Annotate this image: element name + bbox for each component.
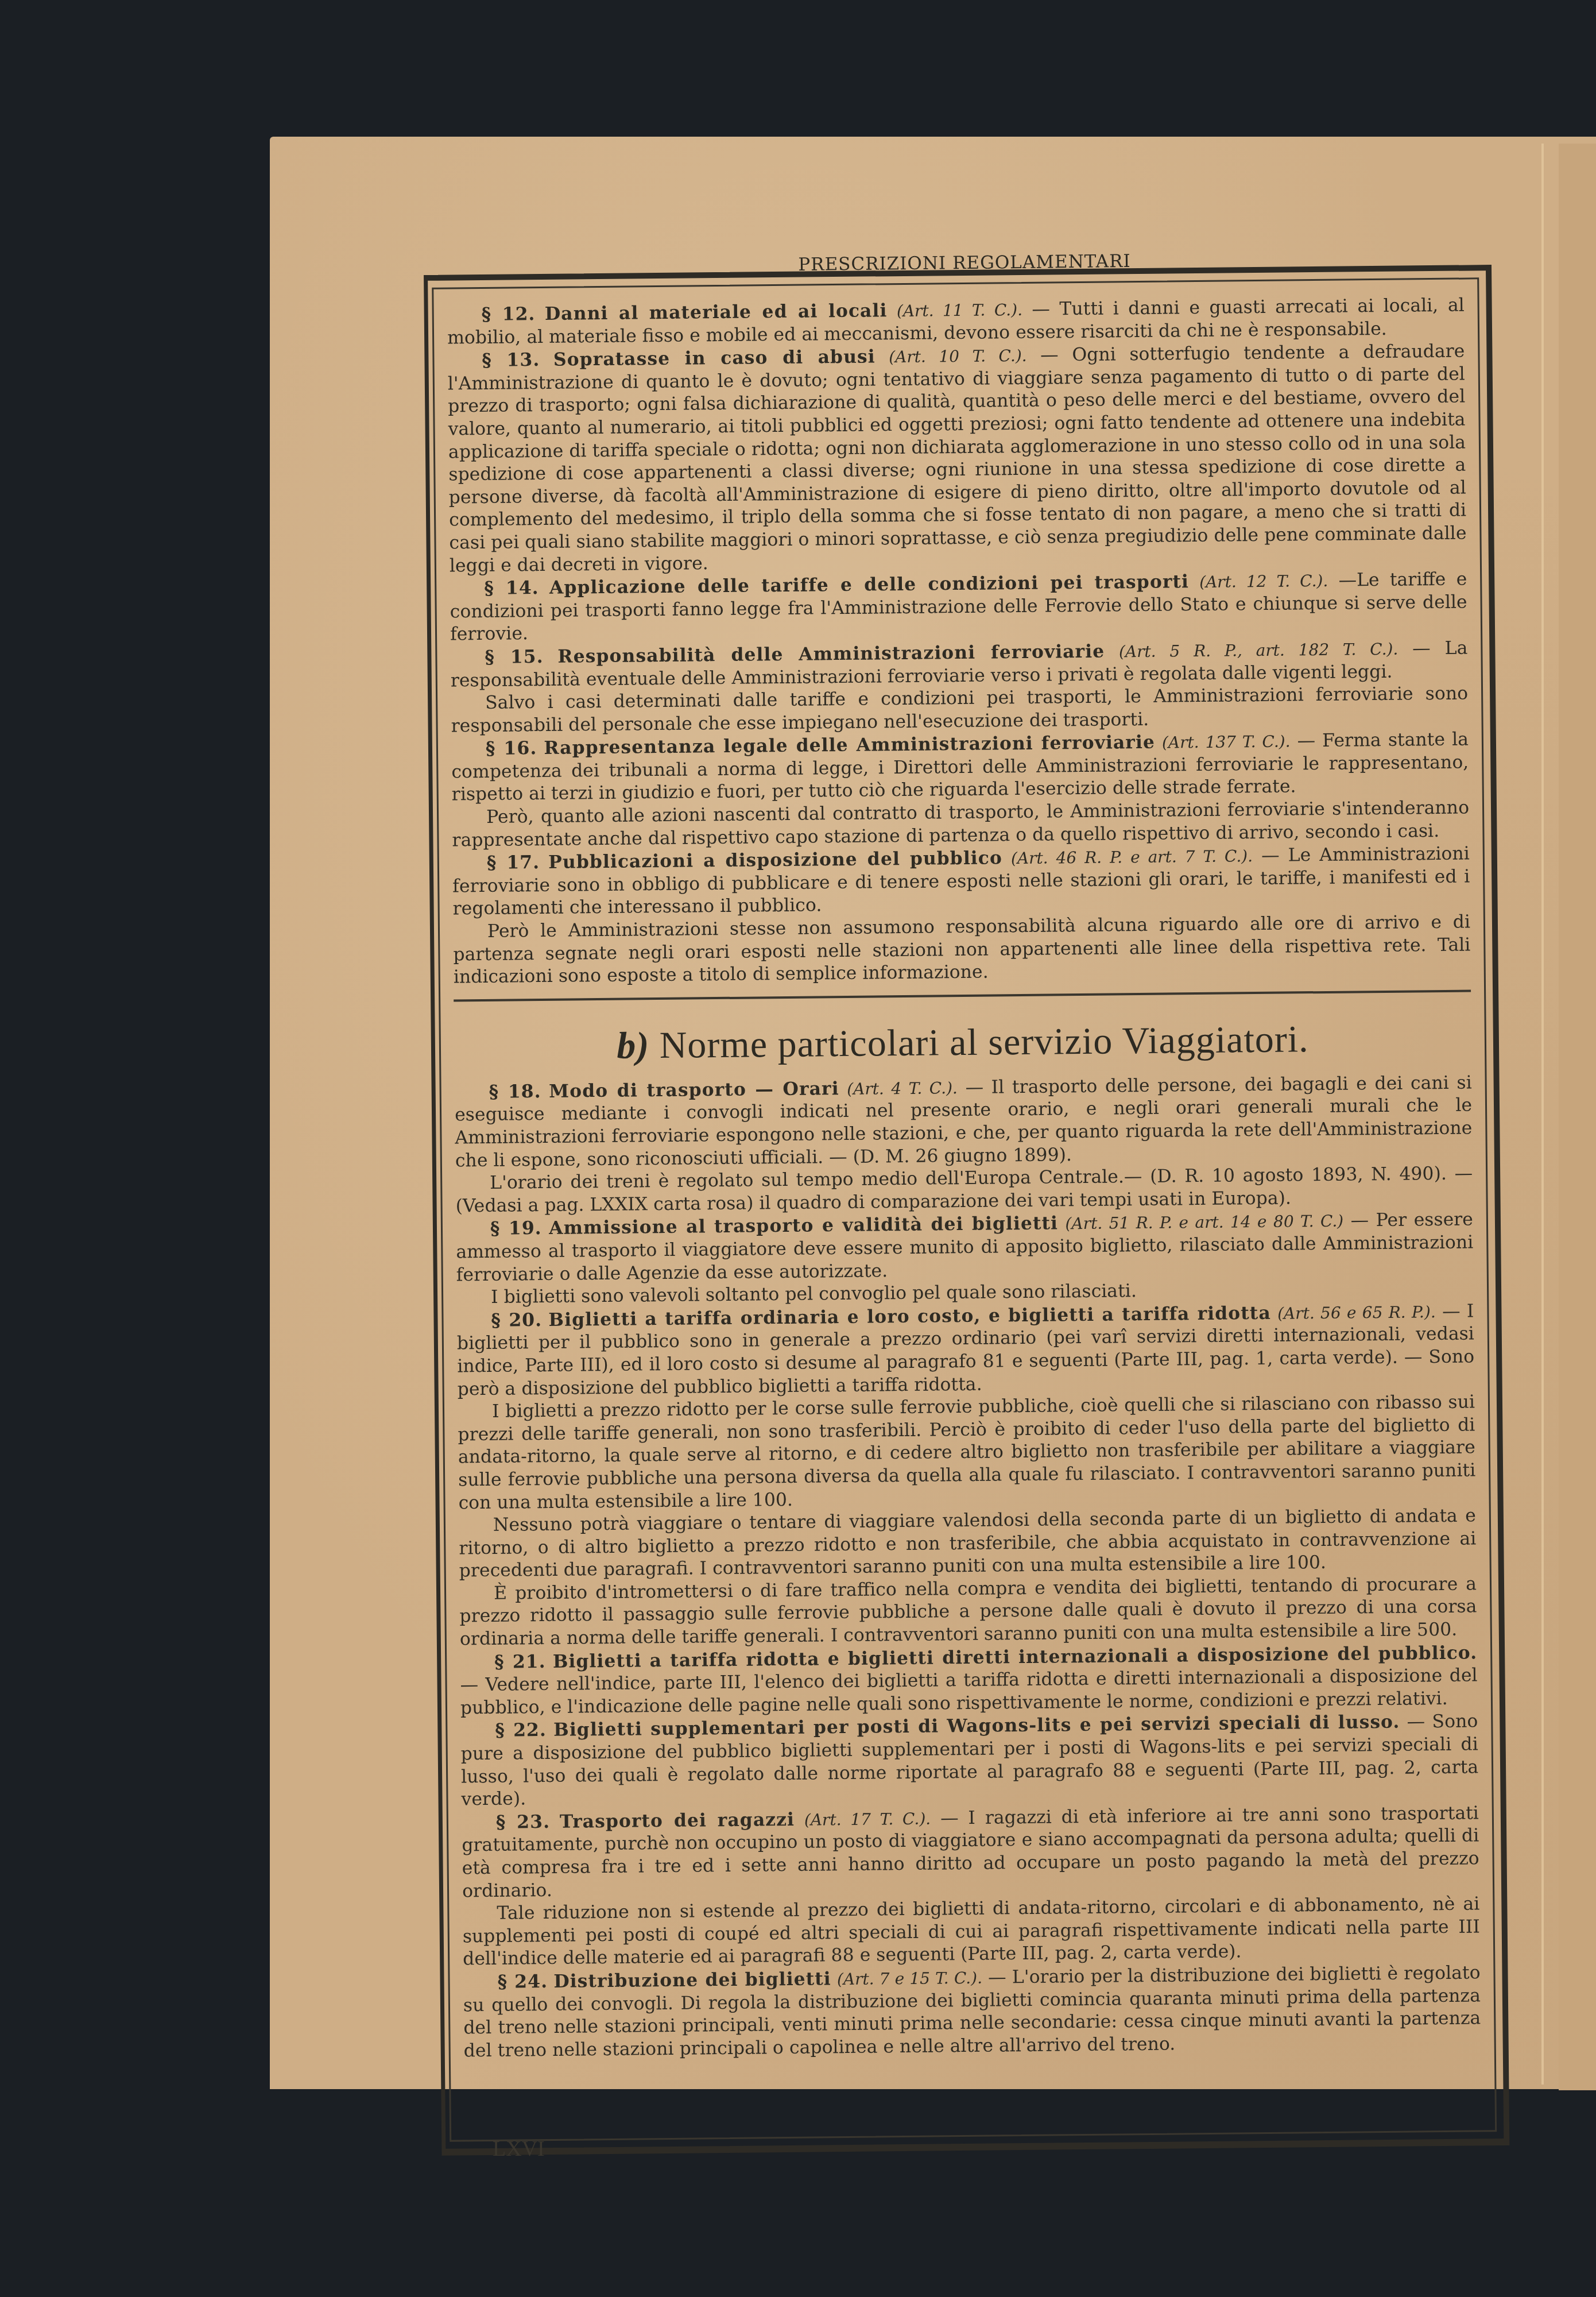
passenger-provisions: § 18. Modo di trasporto — Orari (Art. 4 … (455, 1071, 1481, 2062)
paragraph-section: § 22. Biglietti supplementari per posti … (460, 1710, 1478, 1811)
section-heading-text: Norme particolari al servizio Viaggiator… (659, 1018, 1309, 1066)
article-reference: (Art. 12 T. C.). (1199, 571, 1328, 591)
section-body: — Vedere nell'indice, parte III, l'elenc… (460, 1665, 1477, 1719)
page-content: § 12. Danni al materiale ed ai locali (A… (447, 294, 1481, 2063)
section-number: § 19. (490, 1217, 542, 1239)
section-title: Rappresentanza legale delle Amministrazi… (544, 732, 1155, 759)
section-number: § 12. (482, 303, 536, 325)
section-title: Applicazione delle tariffe e delle condi… (549, 571, 1189, 598)
section-title: Modo di trasporto — Orari (549, 1078, 839, 1102)
paragraph-section: § 19. Ammissione al trasporto e validità… (456, 1208, 1474, 1287)
section-title: Danni al materiale ed ai locali (545, 300, 888, 324)
article-reference: (Art. 137 T. C.). (1162, 732, 1291, 752)
article-reference: (Art. 51 R. P. e art. 14 e 80 T. C.) (1065, 1212, 1343, 1233)
paragraph-section: § 24. Distribuzione dei biglietti (Art. … (463, 1961, 1481, 2062)
section-title: Sopratasse in caso di abusi (553, 346, 876, 370)
section-number: § 20. (491, 1309, 542, 1331)
page-fold-line (1541, 144, 1544, 2085)
general-provisions: § 12. Danni al materiale ed ai locali (A… (447, 294, 1471, 989)
paragraph-section: § 17. Pubblicazioni a disposizione del p… (452, 842, 1470, 921)
paragraph-continuation: È proibito d'intromettersi o di fare tra… (459, 1573, 1477, 1651)
paragraph-continuation: Nessuno potrà viaggiare o tentare di via… (459, 1505, 1477, 1583)
page-number: LXVI (493, 2136, 545, 2161)
article-reference: (Art. 56 e 65 R. P.). (1277, 1302, 1436, 1323)
section-number: § 18. (489, 1081, 541, 1103)
paragraph-section: § 23. Trasporto dei ragazzi (Art. 17 T. … (462, 1801, 1479, 1902)
section-title: Distribuzione dei biglietti (553, 1968, 831, 1992)
article-reference: (Art. 7 e 15 T. C.). (837, 1969, 982, 1989)
article-reference: (Art. 5 R. P., art. 182 T. C.). (1119, 640, 1399, 662)
section-number: § 14. (484, 577, 539, 599)
section-title: Trasporto dei ragazzi (560, 1809, 795, 1832)
article-reference: (Art. 4 T. C.). (847, 1078, 958, 1099)
next-page-edge (1559, 144, 1596, 2090)
section-title: Ammissione al trasporto e validità dei b… (549, 1213, 1058, 1239)
paragraph-section: § 13. Sopratasse in caso di abusi (Art. … (447, 340, 1467, 578)
section-letter: b) (617, 1024, 650, 1067)
paragraph-section: § 18. Modo di trasporto — Orari (Art. 4 … (455, 1071, 1473, 1172)
section-number: § 13. (482, 349, 540, 371)
section-number: § 22. (495, 1719, 547, 1741)
section-number: § 21. (494, 1651, 546, 1673)
paragraph-section: § 20. Biglietti a tariffa ordinaria e lo… (456, 1300, 1474, 1401)
article-reference: (Art. 17 T. C.). (804, 1809, 931, 1829)
section-number: § 24. (497, 1971, 548, 1993)
article-reference: (Art. 11 T. C.). (897, 300, 1022, 320)
section-number: § 15. (485, 646, 544, 668)
section-number: § 17. (487, 852, 540, 873)
section-number: § 16. (486, 737, 537, 759)
section-title: Pubblicazioni a disposizione del pubblic… (548, 848, 1002, 873)
text-frame: § 12. Danni al materiale ed ai locali (A… (424, 265, 1509, 2156)
article-reference: (Art. 46 R. P. e art. 7 T. C.). (1011, 846, 1253, 868)
paragraph-continuation: Però le Amministrazioni stesse non assum… (453, 911, 1471, 989)
paragraph-continuation: Tale riduzione non si estende al prezzo … (462, 1893, 1480, 1971)
section-body: — Ogni sotterfugio tendente a defraudare… (448, 341, 1467, 576)
paragraph-continuation: I biglietti a prezzo ridotto per le cors… (458, 1391, 1476, 1515)
section-number: § 23. (496, 1811, 550, 1833)
section-divider (454, 989, 1471, 1001)
section-title: Responsabilità delle Amministrazioni fer… (557, 640, 1105, 667)
article-reference: (Art. 10 T. C.). (889, 346, 1027, 366)
paragraph-section: § 16. Rappresentanza legale delle Ammini… (451, 728, 1469, 807)
paragraph-section: § 21. Biglietti a tariffa ridotta e bigl… (460, 1641, 1478, 1720)
section-heading: b) Norme particolari al servizio Viaggia… (454, 1015, 1472, 1070)
paragraph-section: § 14. Applicazione delle tariffe e delle… (450, 568, 1467, 647)
